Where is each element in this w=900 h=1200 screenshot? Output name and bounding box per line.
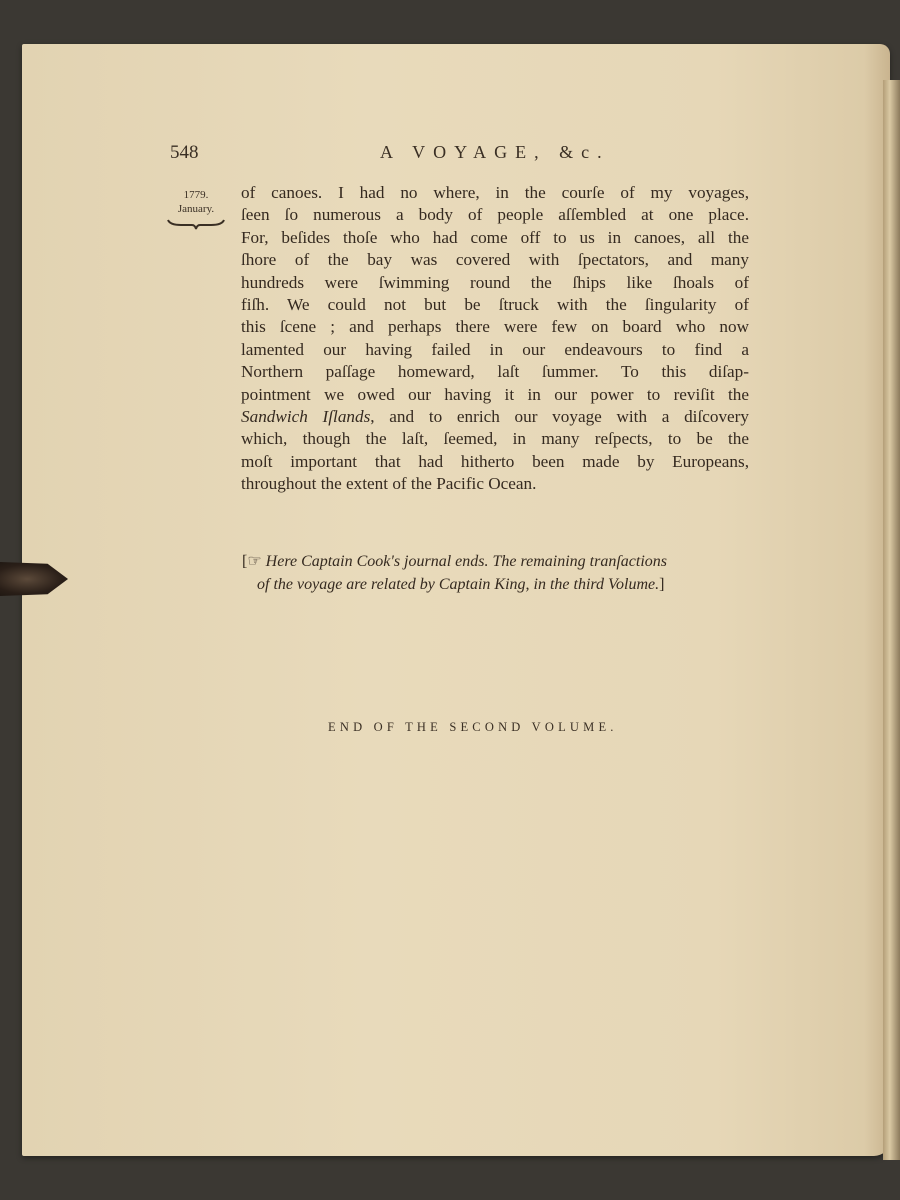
running-title: A VOYAGE, &c. <box>380 142 610 163</box>
running-head: 548 A VOYAGE, &c. <box>170 142 790 170</box>
text-line: ſhore of the bay was covered with ſpecta… <box>241 249 749 271</box>
text-line: For, beſides thoſe who had come off to u… <box>241 227 749 249</box>
text-line: moſt important that had hitherto been ma… <box>241 451 749 473</box>
text-line: hundreds were ſwimming round the ſhips l… <box>241 272 749 294</box>
pointing-hand-icon: ☞ <box>247 553 261 570</box>
page-number: 548 <box>170 142 199 164</box>
body-paragraph: of canoes. I had no where, in the courſe… <box>241 182 749 496</box>
text-line: pointment we owed our having it in our p… <box>241 384 749 406</box>
text-line: Northern paſſage homeward, laſt ſummer. … <box>241 361 749 383</box>
margin-month: January. <box>163 202 229 216</box>
text-line: which, though the laſt, ſeemed, in many … <box>241 428 749 450</box>
text-line: Sandwich Iſlands, and to enrich our voya… <box>241 406 749 428</box>
text-line: this ſcene ; and perhaps there were few … <box>241 316 749 338</box>
margin-year: 1779. <box>163 188 229 202</box>
editorial-note: [☞ Here Captain Cook's journal ends. The… <box>242 550 762 596</box>
text-line: fiſh. We could not but be ſtruck with th… <box>241 294 749 316</box>
text-line: of canoes. I had no where, in the courſe… <box>241 182 749 204</box>
text-line: lamented our having failed in our endeav… <box>241 339 749 361</box>
text-line: throughout the extent of the Pacific Oce… <box>241 473 749 495</box>
sandwich-islands: Sandwich Iſlands <box>241 407 370 426</box>
page-edge <box>883 80 900 1160</box>
text-line: ſeen ſo numerous a body of people aſſemb… <box>241 204 749 226</box>
brace-icon <box>166 218 226 230</box>
end-of-volume: END OF THE SECOND VOLUME. <box>328 720 618 735</box>
margin-note: 1779. January. <box>163 188 229 230</box>
